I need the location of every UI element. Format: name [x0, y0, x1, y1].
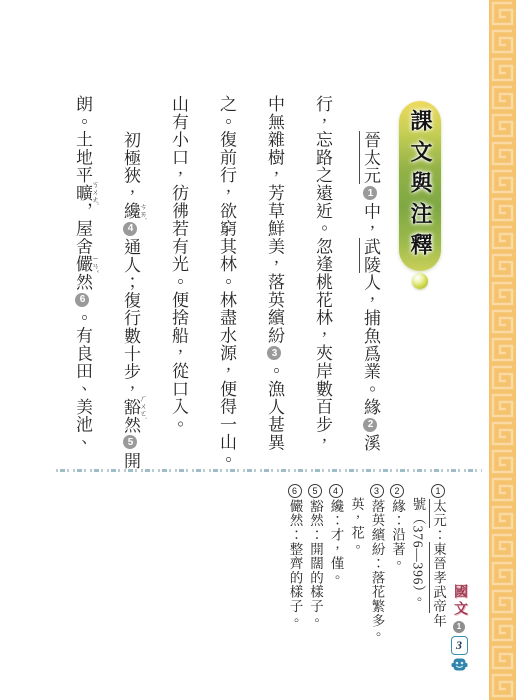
text-run: ： — [431, 528, 446, 542]
text-run: 然 — [121, 416, 140, 434]
proper-noun-mark: 東晉孝武帝 — [429, 542, 446, 614]
lesson-column-6: 初極狹，纔ㄘㄞˊ4通人；復行數十步，豁ㄏㄨㄛˋ然5開 — [106, 95, 154, 471]
badge-dot-icon — [412, 273, 428, 289]
section-title: 課文與注釋 — [399, 109, 441, 264]
text-run: 英，花。 — [349, 497, 364, 554]
annotation-number-4: 4 — [329, 484, 343, 498]
ruby-annotated-char: 儼ㄧㄢˇ — [73, 255, 92, 273]
section-title-badge: 課文與注釋 — [399, 101, 441, 271]
text-run: 初極狹， — [121, 131, 140, 202]
note-marker-5: 5 — [123, 435, 137, 449]
annotation-column-2: 號（376—396）。 — [407, 483, 428, 651]
annotation-number-6: 6 — [288, 484, 302, 498]
annotation-number-1: 1 — [431, 484, 445, 498]
text-run: 纔：才，僅。 — [329, 499, 344, 585]
footer-subject-label: 國文 — [450, 584, 468, 618]
text-run: 儼然：整齊的樣子。 — [288, 499, 303, 628]
text-run: 人，捕魚爲業。緣 — [361, 273, 380, 415]
text-run: 朗。土地平 — [73, 95, 92, 184]
lesson-column-5: 山有小口，彷彿若有光。便捨船，從口入。 — [154, 95, 202, 471]
mascot-icon — [451, 658, 468, 671]
lesson-column-3: 中無雜樹，芳草鮮美，落英繽紛3。漁人甚異 — [250, 95, 298, 471]
proper-noun-mark: 晉太元 — [359, 131, 380, 184]
ruby-annotated-char: 豁ㄏㄨㄛˋ — [121, 398, 140, 416]
text-run: 。漁人甚異 — [265, 362, 284, 451]
text-run: 中無雜樹，芳草鮮美，落英繽紛 — [265, 95, 284, 344]
text-run: 行，忘路之遠近。忽逢桃花林，夾岸數百步， — [313, 95, 332, 451]
lesson-column-7: 朗。土地平曠ㄎㄨㄤˋ，屋舍儼ㄧㄢˇ然6。有良田、美池、 — [58, 95, 106, 471]
dashed-separator — [56, 469, 482, 472]
annotation-number-5: 5 — [308, 484, 322, 498]
annotation-number-2: 2 — [390, 484, 404, 498]
text-run: ，屋舍 — [73, 202, 92, 255]
footer-volume-badge: 1 — [453, 621, 465, 633]
text-run: 年 — [431, 613, 446, 627]
text-run: 通人；復行數十步， — [121, 238, 140, 398]
text-run: 緣：沿著。 — [390, 499, 405, 571]
decorative-meander-border — [489, 0, 516, 700]
text-run: 山有小口，彷彿若有光。便捨船，從口入。 — [169, 95, 188, 433]
annotation-number-3: 3 — [370, 484, 384, 498]
text-run: 中， — [361, 202, 380, 238]
annotation-column-7: 5豁然：開闊的樣子。 — [305, 483, 326, 651]
annotation-column-4: 3落英繽紛：落花繁多。 — [366, 483, 387, 651]
annotation-column-6: 4纔：才，僅。 — [325, 483, 346, 651]
note-marker-4: 4 — [123, 222, 137, 236]
page-footer: 國文 1 3 — [448, 584, 470, 671]
text-run: 之。復前行，欲窮其林。林盡水源，便得一山。 — [217, 95, 236, 469]
annotations-list: 1太元：東晉孝武帝年號（376—396）。2緣：沿著。3落英繽紛：落花繁多。英，… — [284, 483, 448, 651]
note-marker-2: 2 — [363, 418, 377, 432]
annotation-column-1: 1太元：東晉孝武帝年 — [428, 483, 449, 651]
textbook-page: 課文與注釋 晉太元1中，武陵人，捕魚爲業。緣2溪行，忘路之遠近。忽逢桃花林，夾岸… — [0, 0, 516, 700]
lesson-column-1: 晉太元1中，武陵人，捕魚爲業。緣2溪 — [346, 95, 394, 471]
proper-noun-mark: 武陵 — [359, 238, 380, 274]
text-run: 號（376—396）。 — [411, 497, 426, 607]
lesson-column-2: 行，忘路之遠近。忽逢桃花林，夾岸數百步， — [298, 95, 346, 471]
annotation-column-5: 英，花。 — [346, 483, 367, 651]
note-marker-1: 1 — [363, 186, 377, 200]
proper-noun-mark: 太元 — [429, 499, 446, 528]
ruby-annotated-char: 曠ㄎㄨㄤˋ — [73, 184, 92, 202]
lesson-text: 晉太元1中，武陵人，捕魚爲業。緣2溪行，忘路之遠近。忽逢桃花林，夾岸數百步，中無… — [58, 95, 394, 471]
text-run: 然 — [73, 273, 92, 291]
text-run: 落英繽紛：落花繁多。 — [370, 499, 385, 642]
text-run: 溪 — [361, 434, 380, 452]
footer-page-number: 3 — [451, 636, 468, 655]
note-marker-6: 6 — [75, 293, 89, 307]
annotation-column-3: 2緣：沿著。 — [387, 483, 408, 651]
lesson-column-4: 之。復前行，欲窮其林。林盡水源，便得一山。 — [202, 95, 250, 471]
text-run: 。有良田、美池、 — [73, 309, 92, 451]
note-marker-3: 3 — [267, 346, 281, 360]
ruby-annotated-char: 纔ㄘㄞˊ — [121, 202, 140, 220]
annotation-column-8: 6儼然：整齊的樣子。 — [284, 483, 305, 651]
text-run: 開 — [121, 451, 140, 469]
text-run: 豁然：開闊的樣子。 — [308, 499, 323, 628]
